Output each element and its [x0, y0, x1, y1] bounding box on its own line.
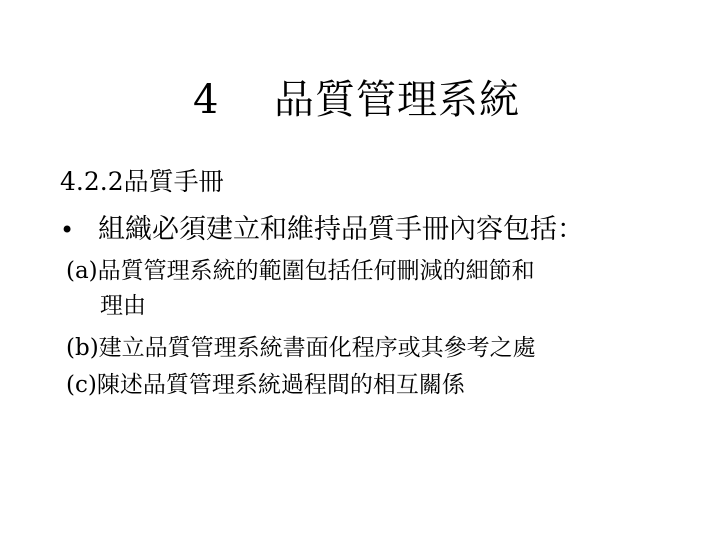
- list-item-a: (a)品質管理系統的範圍包括任何刪減的細節和: [66, 255, 535, 287]
- bullet-point: •組織必須建立和維持品質手冊內容包括：: [60, 210, 584, 250]
- bullet-icon: •: [60, 210, 98, 250]
- slide-title: 4 品質管理系統: [0, 70, 720, 130]
- title-text: 品質管理系統: [274, 70, 520, 130]
- bullet-text: 組織必須建立和維持品質手冊內容包括：: [98, 214, 584, 245]
- list-item-a-continued: 理由: [100, 290, 146, 322]
- subheading: 4.2.2品質手冊: [60, 164, 224, 200]
- title-number: 4: [193, 70, 218, 130]
- list-item-c: (c)陳述品質管理系統過程間的相互關係: [66, 369, 465, 401]
- list-item-b: (b)建立品質管理系統書面化程序或其參考之處: [66, 332, 536, 364]
